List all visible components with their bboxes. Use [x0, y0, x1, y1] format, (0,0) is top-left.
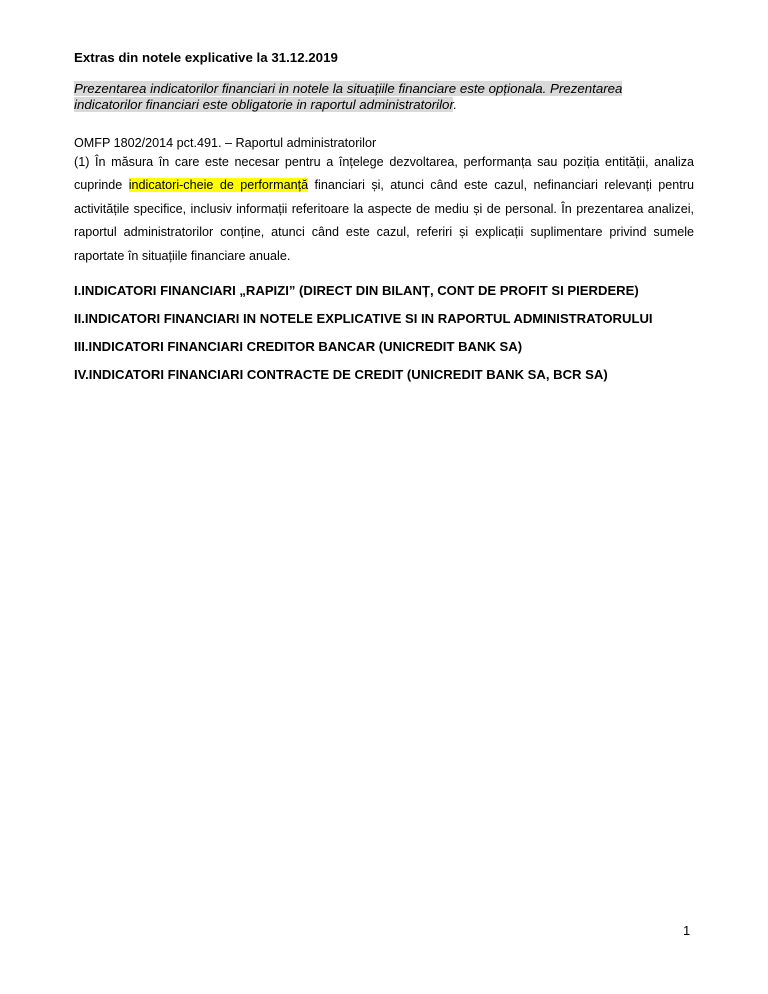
intro-trailing-punctuation: .	[453, 97, 457, 112]
section-heading-1: I.INDICATORI FINANCIARI „RAPIZI” (DIRECT…	[74, 283, 694, 298]
document-title: Extras din notele explicative la 31.12.2…	[74, 50, 338, 66]
section-heading-4: IV.INDICATORI FINANCIARI CONTRACTE DE CR…	[74, 367, 694, 382]
law-reference: OMFP 1802/2014 pct.491. – Raportul admin…	[74, 135, 376, 151]
document-page: Extras din notele explicative la 31.12.2…	[0, 0, 768, 994]
section-heading-2: II.INDICATORI FINANCIARI IN NOTELE EXPLI…	[74, 311, 694, 326]
shaded-intro-text: Prezentarea indicatorilor financiari in …	[74, 81, 622, 112]
page-number: 1	[683, 923, 690, 939]
law-paragraph: (1) În măsura în care este necesar pentr…	[74, 151, 694, 268]
section-heading-3: III.INDICATORI FINANCIARI CREDITOR BANCA…	[74, 339, 694, 354]
section-list: I.INDICATORI FINANCIARI „RAPIZI” (DIRECT…	[74, 283, 694, 395]
intro-note: Prezentarea indicatorilor financiari in …	[74, 81, 694, 113]
highlighted-term: indicatori-cheie de performanță	[129, 178, 308, 192]
